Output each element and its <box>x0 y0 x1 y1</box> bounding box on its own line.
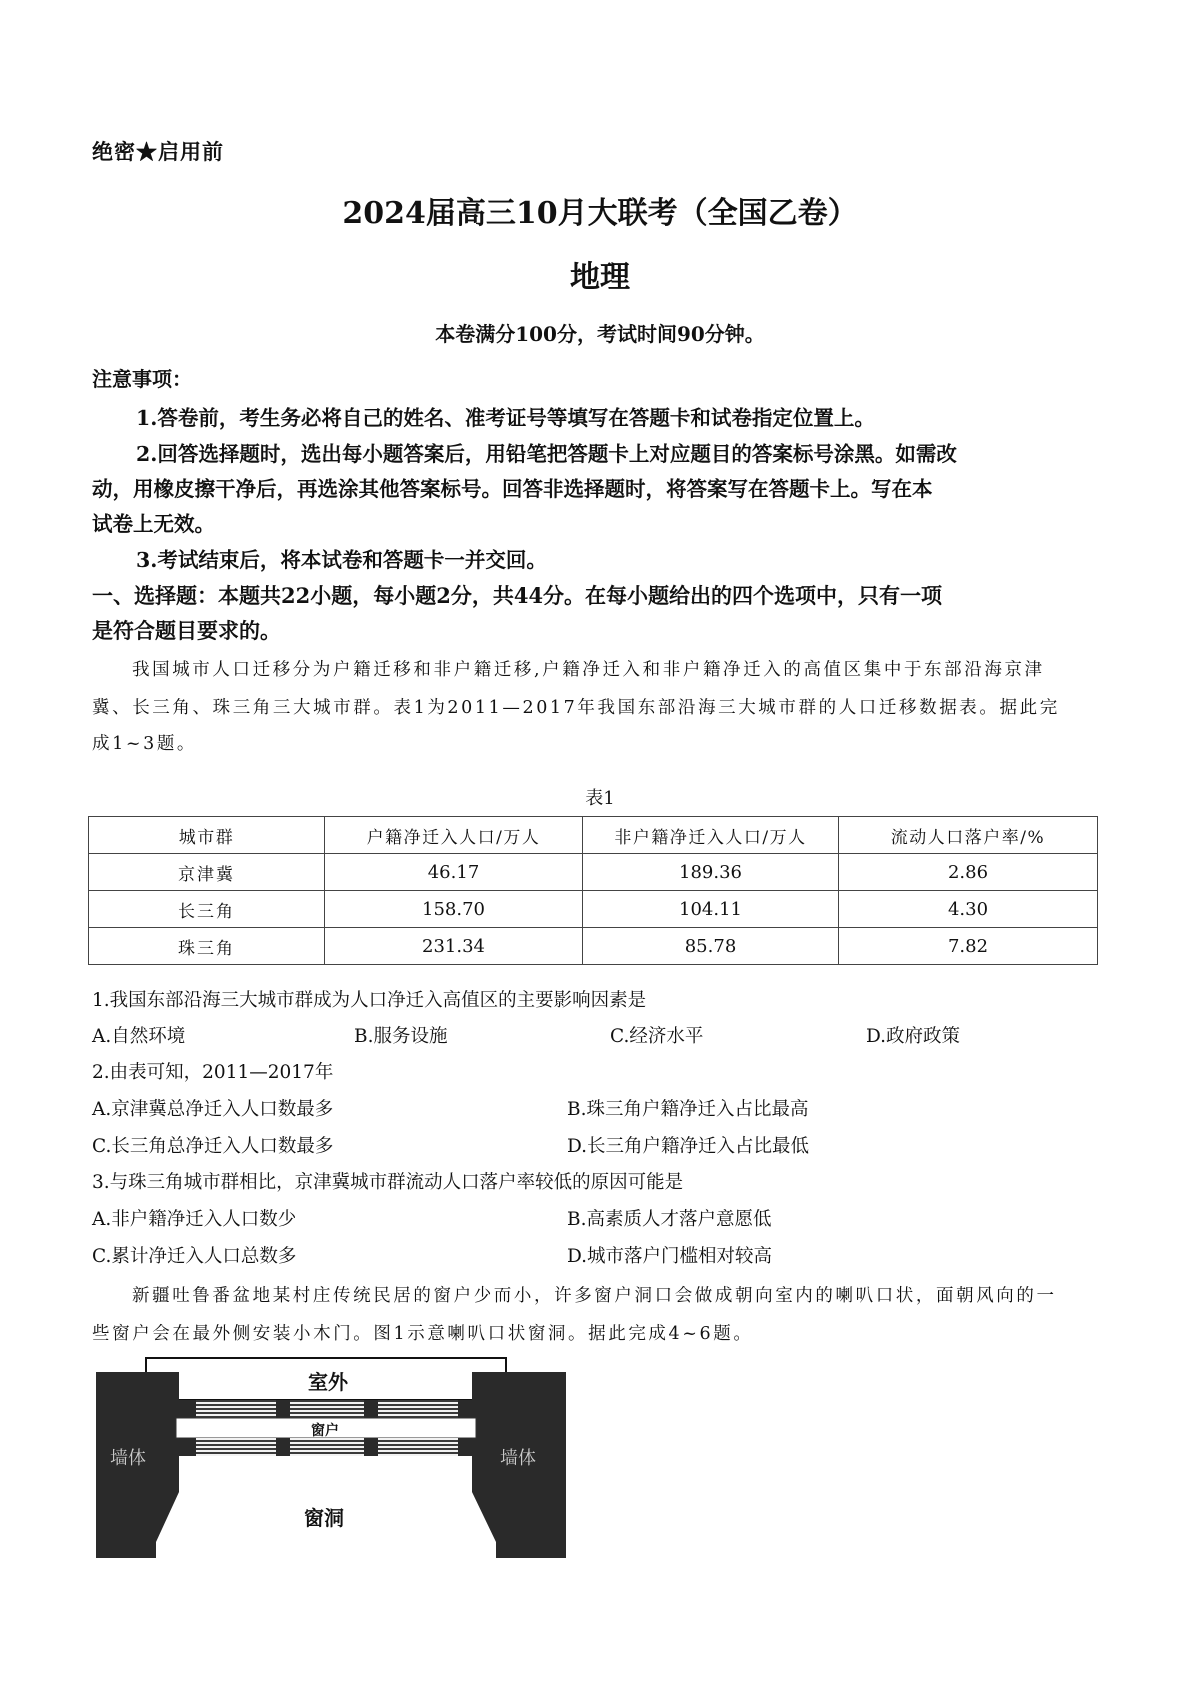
table-header-cell: 户籍净迁入人口/万人 <box>325 817 583 854</box>
table-caption: 表1 <box>0 784 1200 810</box>
label-outdoor: 室外 <box>308 1366 348 1395</box>
table-row: 京津冀 46.17 189.36 2.86 <box>89 854 1098 891</box>
confidential-mark: 绝密★启用前 <box>92 136 224 166</box>
table-cell: 158.70 <box>325 891 583 928</box>
table-cell: 231.34 <box>325 928 583 965</box>
question-2-option-c[interactable]: C.长三角总净迁入人口数最多 <box>92 1132 333 1158</box>
exam-title: 2024届高三10月大联考（全国乙卷） <box>0 188 1200 232</box>
table-cell: 2.86 <box>839 854 1098 891</box>
passage2-line1: 新疆吐鲁番盆地某村庄传统民居的窗户少而小，许多窗户洞口会做成朝向室内的喇叭口状，… <box>88 1282 1057 1307</box>
label-wall-right: 墙体 <box>500 1444 536 1470</box>
notice-item-2-end: 试卷上无效。 <box>92 507 215 537</box>
question-3-stem: 3.与珠三角城市群相比，京津冀城市群流动人口落户率较低的原因可能是 <box>92 1168 683 1194</box>
question-3-option-b[interactable]: B.高素质人才落户意愿低 <box>567 1205 771 1231</box>
table-header-cell: 城市群 <box>89 817 325 854</box>
question-3-option-a[interactable]: A.非户籍净迁入人口数少 <box>92 1205 296 1231</box>
table-header-cell: 流动人口落户率/% <box>839 817 1098 854</box>
question-2-option-b[interactable]: B.珠三角户籍净迁入占比最高 <box>567 1095 808 1121</box>
label-wall-left: 墙体 <box>110 1444 146 1470</box>
notice-heading: 注意事项： <box>92 363 192 392</box>
table-cell: 104.11 <box>583 891 839 928</box>
passage2-line2: 些窗户会在最外侧安装小木门。图1示意喇叭口状窗洞。据此完成4~6题。 <box>92 1320 753 1345</box>
table-cell: 4.30 <box>839 891 1098 928</box>
subject-title: 地理 <box>0 252 1200 296</box>
question-2-option-a[interactable]: A.京津冀总净迁入人口数最多 <box>92 1095 333 1121</box>
label-window: 窗户 <box>311 1420 339 1440</box>
question-1-option-b[interactable]: B.服务设施 <box>354 1022 447 1048</box>
table-cell: 京津冀 <box>89 854 325 891</box>
table-cell: 46.17 <box>325 854 583 891</box>
table-cell: 珠三角 <box>89 928 325 965</box>
question-2-stem: 2.由表可知，2011—2017年 <box>92 1058 333 1084</box>
table-cell: 189.36 <box>583 854 839 891</box>
label-window-opening: 窗洞 <box>304 1502 344 1531</box>
table-cell: 85.78 <box>583 928 839 965</box>
notice-item-1: 1.答卷前，考生务必将自己的姓名、准考证号等填写在答题卡和试卷指定位置上。 <box>92 401 875 431</box>
passage1-line1: 我国城市人口迁移分为户籍迁移和非户籍迁移,户籍净迁入和非户籍净迁入的高值区集中于… <box>88 656 1045 681</box>
score-time-info: 本卷满分100分，考试时间90分钟。 <box>0 318 1200 347</box>
table-row: 珠三角 231.34 85.78 7.82 <box>89 928 1098 965</box>
notice-item-2-cont: 动，用橡皮擦干净后，再选涂其他答案标号。回答非选择题时，将答案写在答题卡上。写在… <box>92 472 933 502</box>
table-header-cell: 非户籍净迁入人口/万人 <box>583 817 839 854</box>
passage1-line3: 成1~3题。 <box>92 730 197 755</box>
notice-item-2: 2.回答选择题时，选出每小题答案后，用铅笔把答题卡上对应题目的答案标号涂黑。如需… <box>92 437 957 467</box>
question-1-option-c[interactable]: C.经济水平 <box>610 1022 703 1048</box>
section-heading-line2: 是符合题目要求的。 <box>92 615 281 645</box>
notice-item-3: 3.考试结束后，将本试卷和答题卡一并交回。 <box>92 543 547 573</box>
migration-data-table: 城市群 户籍净迁入人口/万人 非户籍净迁入人口/万人 流动人口落户率/% 京津冀… <box>88 816 1098 965</box>
section-heading-line1: 一、选择题：本题共22小题，每小题2分，共44分。在每小题给出的四个选项中，只有… <box>92 580 942 610</box>
table-cell: 长三角 <box>89 891 325 928</box>
question-2-option-d[interactable]: D.长三角户籍净迁入占比最低 <box>567 1132 809 1158</box>
figure-flared-window-diagram: 室外 窗户 墙体 墙体 窗洞 <box>96 1352 596 1562</box>
question-1-stem: 1.我国东部沿海三大城市群成为人口净迁入高值区的主要影响因素是 <box>92 986 646 1012</box>
table-header-row: 城市群 户籍净迁入人口/万人 非户籍净迁入人口/万人 流动人口落户率/% <box>89 817 1098 854</box>
table-row: 长三角 158.70 104.11 4.30 <box>89 891 1098 928</box>
question-1-option-a[interactable]: A.自然环境 <box>92 1022 185 1048</box>
table-cell: 7.82 <box>839 928 1098 965</box>
question-3-option-d[interactable]: D.城市落户门槛相对较高 <box>567 1242 772 1268</box>
passage1-line2: 冀、长三角、珠三角三大城市群。表1为2011—2017年我国东部沿海三大城市群的… <box>92 694 1060 719</box>
question-1-option-d[interactable]: D.政府政策 <box>866 1022 960 1048</box>
question-3-option-c[interactable]: C.累计净迁入人口总数多 <box>92 1242 296 1268</box>
